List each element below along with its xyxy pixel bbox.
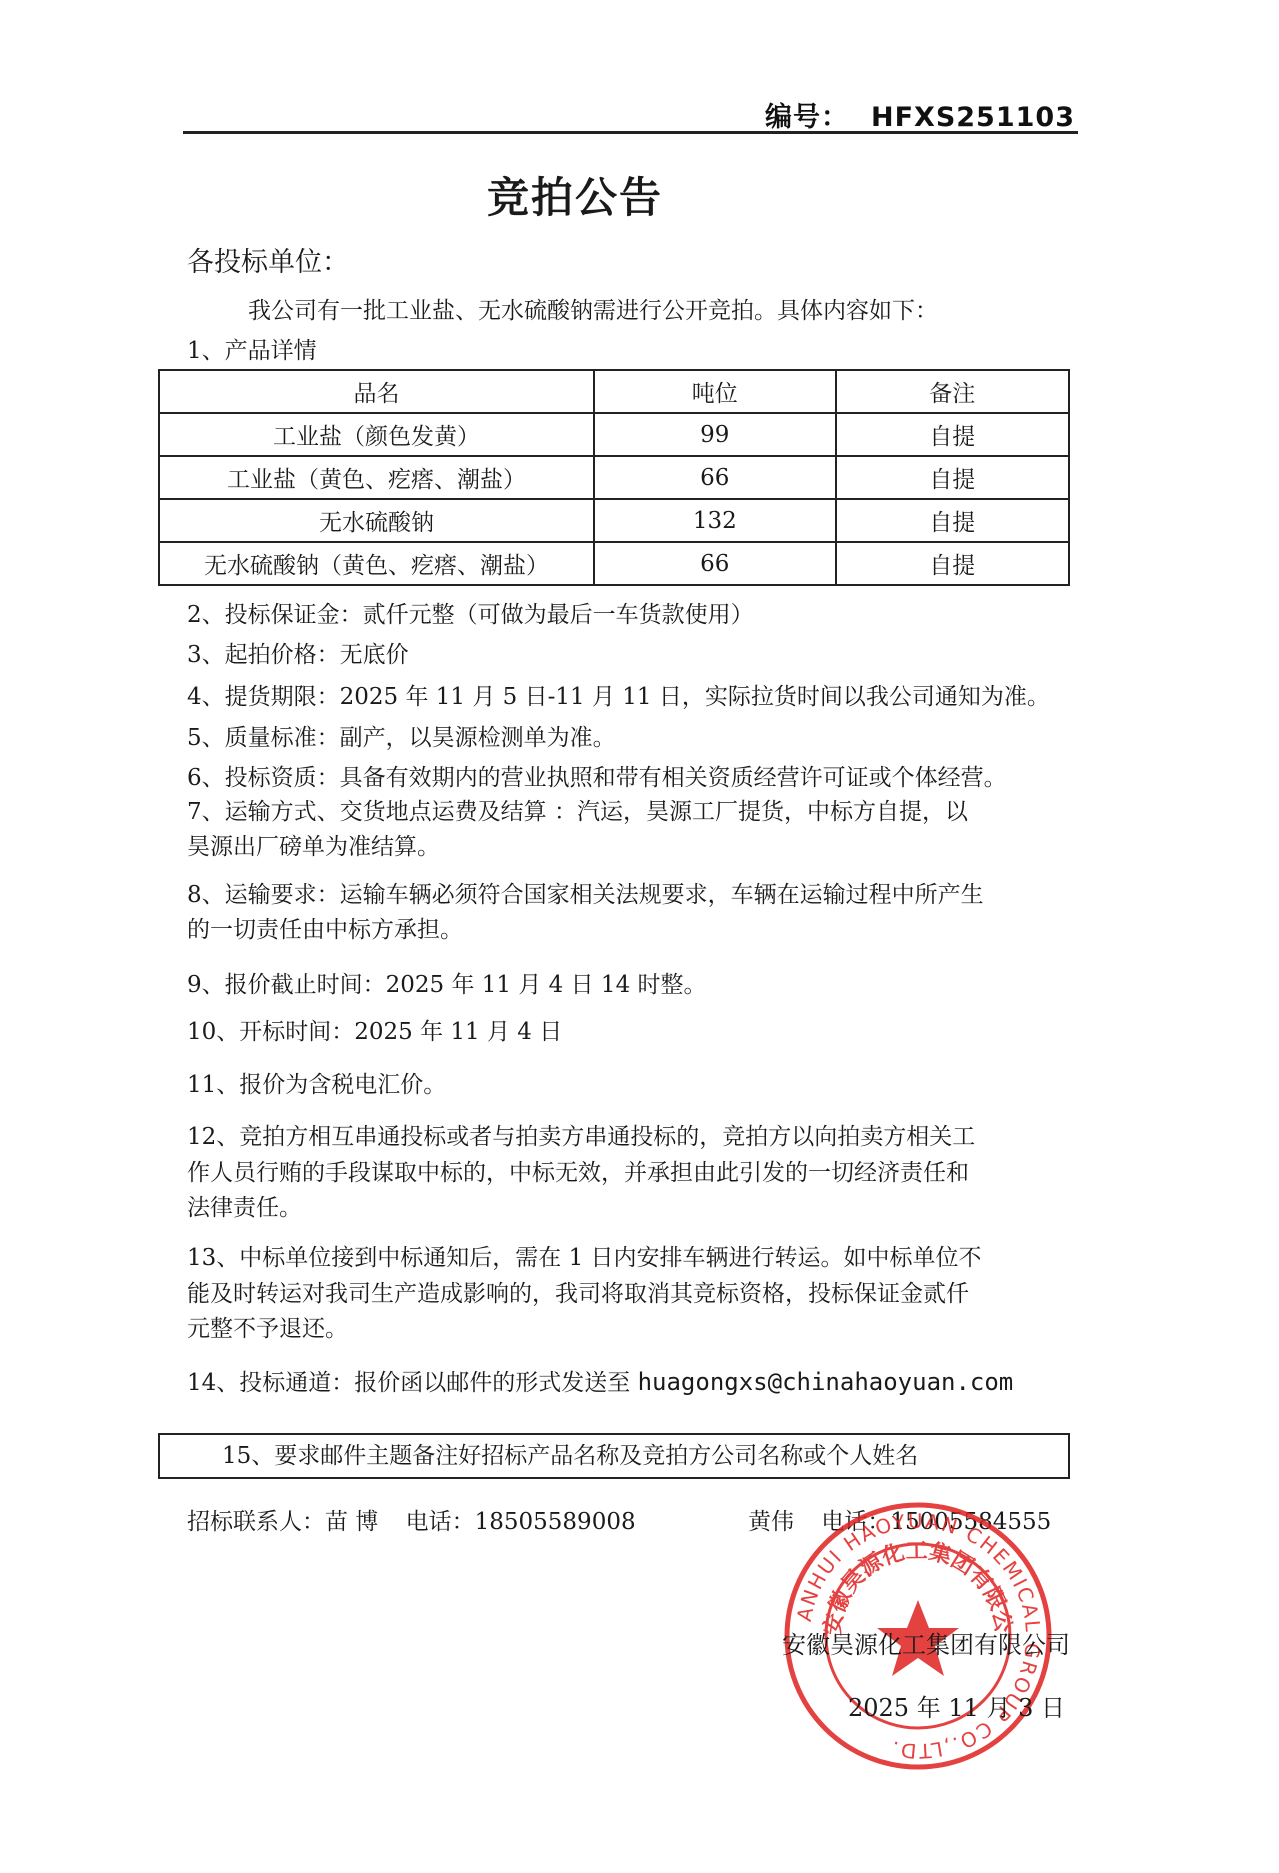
table-row: 无水硫酸钠（黄色、疙瘩、潮盐） 66 自提 [159,542,1069,585]
item-email-subject: 15、要求邮件主题备注好招标产品名称及竞拍方公司名称或个人姓名 [222,1443,918,1469]
intro-paragraph: 我公司有一批工业盐、无水硫酸钠需进行公开竞拍。具体内容如下： [248,296,938,326]
item-winner-transport-cont2: 元整不予退还。 [187,1314,348,1344]
contact1-phone: 18505589008 [475,1509,636,1535]
table-header-row: 品名 吨位 备注 [159,370,1069,413]
product-remark: 自提 [836,499,1069,542]
column-header-name: 品名 [159,370,594,413]
product-name: 无水硫酸钠（黄色、疙瘩、潮盐） [159,542,594,585]
item-winner-transport-cont: 能及时转运对我司生产造成影响的，我司将取消其竞标资格，投标保证金贰仟 [187,1279,969,1309]
products-table: 品名 吨位 备注 工业盐（颜色发黄） 99 自提 工业盐（黄色、疙瘩、潮盐） 6… [158,369,1070,586]
column-header-remark: 备注 [836,370,1069,413]
signature-date: 2025 年 11 月 3 日 [848,1688,1065,1723]
contact1-phone-label: 电话： [406,1509,475,1535]
item-bid-channel: 14、投标通道：报价函以邮件的形式发送至 huagongxs@chinahaoy… [187,1367,1013,1398]
product-tonnage: 99 [594,413,836,456]
email-subject-notice-box: 15、要求邮件主题备注好招标产品名称及竞拍方公司名称或个人姓名 [158,1433,1070,1479]
section-heading-products: 1、产品详情 [187,336,317,366]
page-title: 竞拍公告 [0,165,1150,225]
product-tonnage: 132 [594,499,836,542]
signature-company: 安徽昊源化工集团有限公司 [782,1625,1070,1660]
item-starting-price: 3、起拍价格：无底价 [187,640,409,670]
item-quote-deadline: 9、报价截止时间：2025 年 11 月 4 日 14 时整。 [187,970,707,1000]
product-remark: 自提 [836,413,1069,456]
table-row: 工业盐（颜色发黄） 99 自提 [159,413,1069,456]
item-collusion-cont2: 法律责任。 [187,1193,302,1223]
item-bidder-qualification: 6、投标资质：具备有效期内的营业执照和带有相关资质经营许可证或个体经营。 [187,763,1007,793]
product-name: 无水硫酸钠 [159,499,594,542]
item-transport-requirements-cont: 的一切责任由中标方承担。 [187,915,463,945]
bid-email-link[interactable]: huagongxs@chinahaoyuan.com [638,1368,1014,1396]
item-collusion: 12、竞拍方相互串通投标或者与拍卖方串通投标的，竞拍方以向拍卖方相关工 [187,1122,975,1152]
contacts-label: 招标联系人： [187,1509,325,1535]
product-tonnage: 66 [594,542,836,585]
contact1-name: 苗 博 [325,1509,378,1535]
document-number-value: HFXS251103 [871,102,1075,133]
product-name: 工业盐（黄色、疙瘩、潮盐） [159,456,594,499]
product-remark: 自提 [836,542,1069,585]
table-row: 工业盐（黄色、疙瘩、潮盐） 66 自提 [159,456,1069,499]
document-number-label: 编号： [765,102,849,133]
column-header-tonnage: 吨位 [594,370,836,413]
item-winner-transport: 13、中标单位接到中标通知后，需在 1 日内安排车辆进行转运。如中标单位不 [187,1243,982,1273]
salutation: 各投标单位： [187,240,349,279]
contacts-row: 招标联系人：苗 博 电话：18505589008 [187,1507,636,1537]
product-name: 工业盐（颜色发黄） [159,413,594,456]
item-bid-opening: 10、开标时间：2025 年 11 月 4 日 [187,1017,562,1047]
item-tax-inclusive: 11、报价为含税电汇价。 [187,1070,446,1100]
product-tonnage: 66 [594,456,836,499]
item-transport-method: 7、运输方式、交货地点运费及结算 ：汽运，昊源工厂提货，中标方自提，以 [187,797,968,827]
bid-channel-text: 14、投标通道：报价函以邮件的形式发送至 [187,1370,638,1396]
item-collusion-cont: 作人员行贿的手段谋取中标的，中标无效，并承担由此引发的一切经济责任和 [187,1158,969,1188]
table-row: 无水硫酸钠 132 自提 [159,499,1069,542]
item-transport-method-cont: 昊源出厂磅单为准结算。 [187,832,440,862]
header-rule [183,131,1078,134]
product-remark: 自提 [836,456,1069,499]
item-deposit: 2、投标保证金：贰仟元整（可做为最后一车货款使用） [187,600,754,630]
document-number: 编号：HFXS251103 [0,95,1075,134]
item-pickup-period: 4、提货期限：2025 年 11 月 5 日-11 月 11 日，实际拉货时间以… [187,682,1050,712]
item-quality-standard: 5、质量标准：副产，以昊源检测单为准。 [187,723,616,753]
item-transport-requirements: 8、运输要求：运输车辆必须符合国家相关法规要求，车辆在运输过程中所产生 [187,880,984,910]
